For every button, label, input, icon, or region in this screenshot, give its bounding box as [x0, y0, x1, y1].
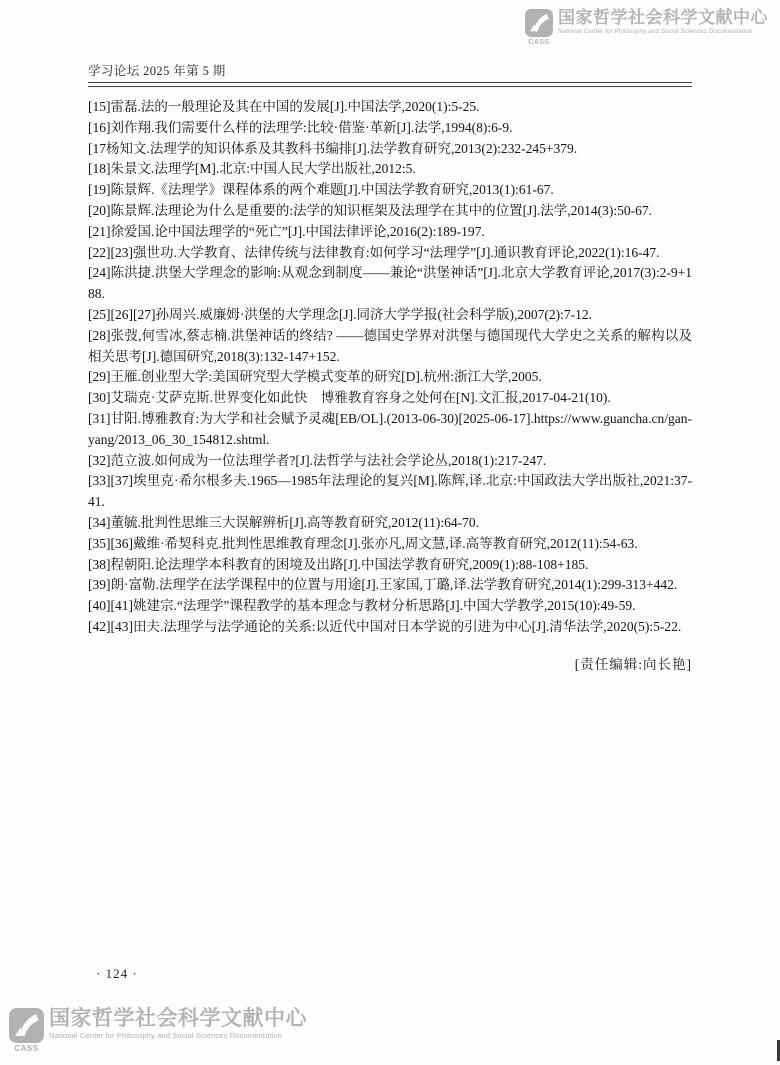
reference-item: [32]范立波.如何成为一位法理学者?[J].法哲学与法社会学论丛,2018(1… — [88, 451, 692, 472]
reference-item: [17杨知文.法理学的知识体系及其教科书编排[J].法学教育研究,2013(2)… — [88, 139, 692, 160]
reference-item: [25][26][27]孙周兴.威廉姆·洪堡的大学理念[J].同济大学学报(社会… — [88, 305, 692, 326]
reference-item: [33][37]埃里克·希尔根多夫.1965—1985年法理论的复兴[M].陈辉… — [88, 471, 692, 513]
cass-logo-icon — [525, 9, 553, 37]
reference-item: [15]雷磊.法的一般理论及其在中国的发展[J].中国法学,2020(1):5-… — [88, 97, 692, 118]
reference-list: [15]雷磊.法的一般理论及其在中国的发展[J].中国法学,2020(1):5-… — [88, 97, 692, 688]
reference-item: [28]张弢,何雪冰,蔡志楠.洪堡神话的终结? ——德国史学界对洪堡与德国现代大… — [88, 326, 692, 368]
cass-acronym: CASS — [14, 1045, 38, 1053]
cass-logo-top: CASS 国家哲学社会科学文献中心 National Center for Ph… — [525, 9, 768, 46]
cass-subtitle-en: National Center for Philosophy and Socia… — [558, 29, 768, 35]
page-number: · 124 · — [96, 966, 138, 982]
reference-item: [42][43]田夫.法理学与法学通论的关系:以近代中国对日本学说的引进为中心[… — [88, 617, 692, 638]
editor-note: [责任编辑:向长艳] — [88, 655, 692, 675]
cass-subtitle-en: National Center for Philosophy and Socia… — [49, 1032, 307, 1040]
reference-item: [21]徐爱国.论中国法理学的“死亡”[J].中国法律评论,2016(2):18… — [88, 222, 692, 243]
reference-item: [34]董毓.批判性思维三大误解辨析[J].高等教育研究,2012(11):64… — [88, 513, 692, 534]
reference-item: [24]陈洪捷.洪堡大学理念的影响:从观念到制度——兼论“洪堡神话”[J].北京… — [88, 263, 692, 305]
reference-item: [16]刘作翔.我们需要什么样的法理学:比较·借鉴·革新[J].法学,1994(… — [88, 118, 692, 139]
journal-issue-line: 学习论坛 2025 年第 5 期 — [88, 61, 226, 79]
reference-item: [20]陈景辉.法理论为什么是重要的:法学的知识框架及法理学在其中的位置[J].… — [88, 201, 692, 222]
reference-item: [22][23]强世功.大学教育、法律传统与法律教育:如何学习“法理学”[J].… — [88, 243, 692, 264]
reference-item: [31]甘阳.博雅教育:为大学和社会赋予灵魂[EB/OL].(2013-06-3… — [88, 409, 692, 451]
cass-acronym: CASS — [528, 39, 549, 46]
header-double-rule — [88, 82, 692, 87]
cass-title-cn: 国家哲学社会科学文献中心 — [49, 1008, 307, 1030]
reference-item: [29]王雁.创业型大学:美国研究型大学模式变革的研究[D].杭州:浙江大学,2… — [88, 367, 692, 388]
reference-item: [40][41]姚建宗.“法理学”课程教学的基本理念与教材分析思路[J].中国大… — [88, 596, 692, 617]
reference-item: [18]朱景文.法理学[M].北京:中国人民大学出版社,2012:5. — [88, 159, 692, 180]
reference-item: [19]陈景辉.《法理学》课程体系的两个难题[J].中国法学教育研究,2013(… — [88, 180, 692, 201]
cass-logo-icon — [9, 1008, 44, 1043]
reference-item: [35][36]戴维·希契科克.批判性思维教育理念[J].张亦凡,周文慧,译.高… — [88, 534, 692, 555]
cass-logo-bottom: CASS 国家哲学社会科学文献中心 National Center for Ph… — [9, 1008, 307, 1053]
reference-item: [39]朗·富勒.法理学在法学课程中的位置与用途[J].王家国,丁璐,译.法学教… — [88, 575, 692, 596]
reference-item: [38]程朝阳.论法理学本科教育的困境及出路[J].中国法学教育研究,2009(… — [88, 555, 692, 576]
cass-title-cn: 国家哲学社会科学文献中心 — [558, 9, 768, 27]
reference-item: [30]艾瑞克·艾萨克斯.世界变化如此快 博雅教育容身之处何在[N].文汇报,2… — [88, 388, 692, 409]
